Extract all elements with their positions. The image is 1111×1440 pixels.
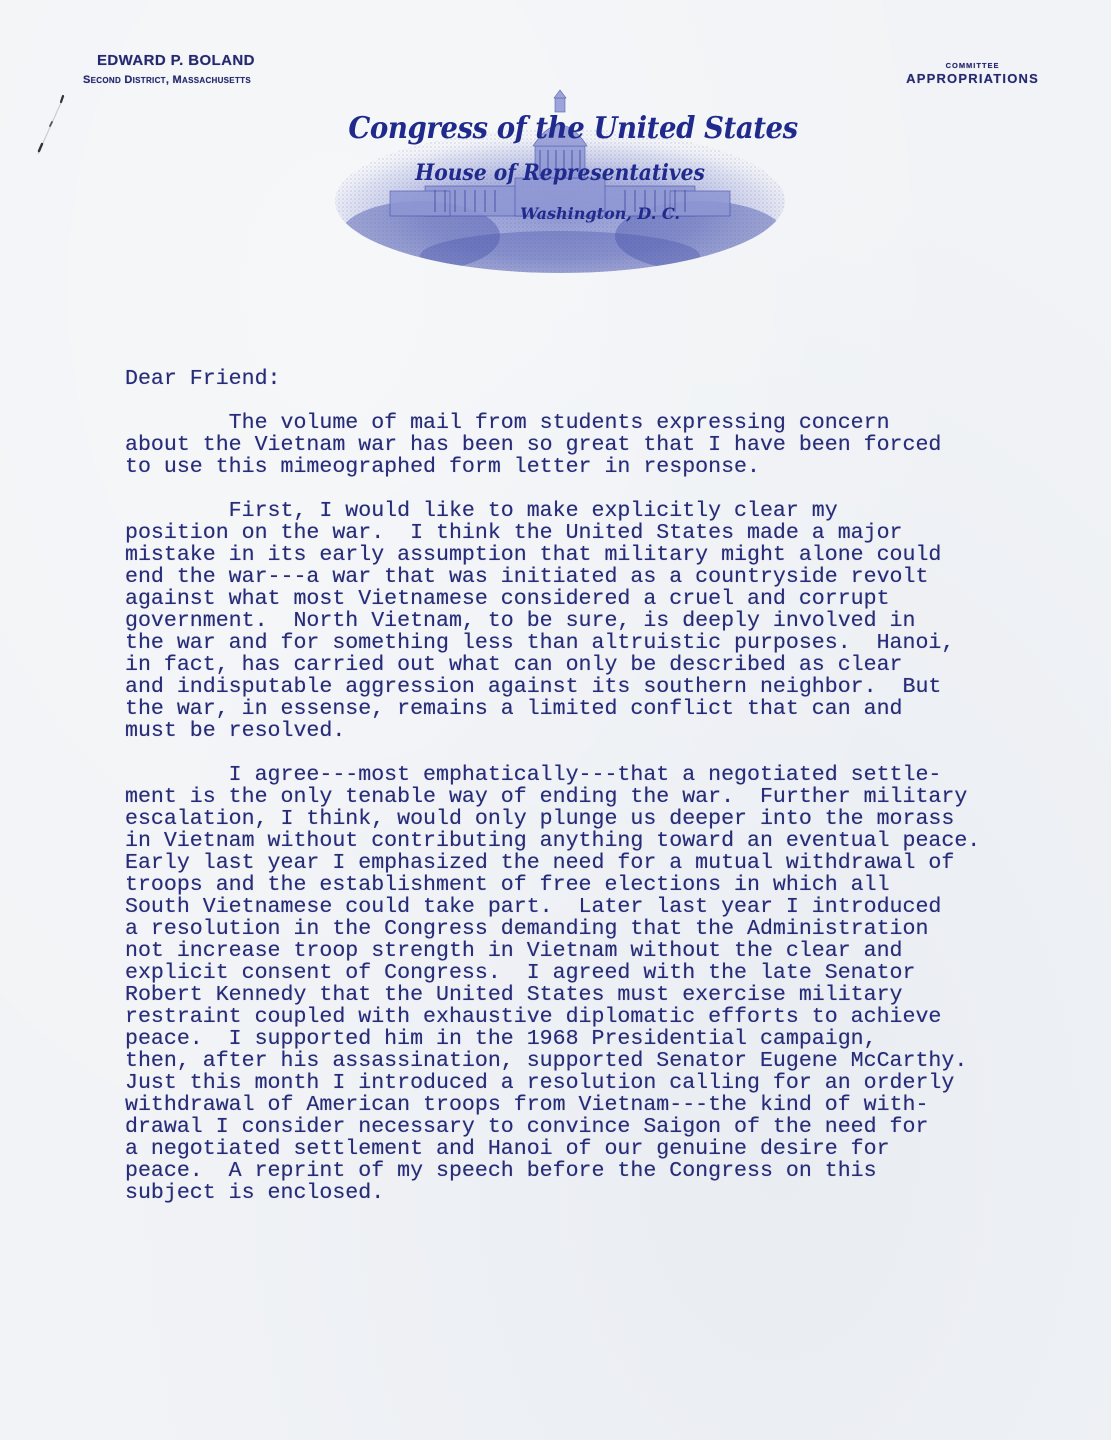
text-line: I agree---most emphatically---that a neg… <box>125 764 1005 786</box>
text-line: then, after his assassination, supported… <box>125 1050 1005 1072</box>
pen-mark <box>30 92 70 162</box>
text-line: Just this month I introduced a resolutio… <box>125 1072 1005 1094</box>
text-line: not increase troop strength in Vietnam w… <box>125 940 1005 962</box>
text-line: the war and for something less than altr… <box>125 632 1005 654</box>
committee-name: APPROPRIATIONS <box>906 71 1039 87</box>
text-line: the war, in essense, remains a limited c… <box>125 698 1005 720</box>
letter-paragraph: First, I would like to make explicitly c… <box>125 500 1005 742</box>
salutation: Dear Friend: <box>125 368 1005 390</box>
text-line: subject is enclosed. <box>125 1182 1005 1204</box>
text-line: in Vietnam without contributing anything… <box>125 830 1005 852</box>
text-line: a negotiated settlement and Hanoi of our… <box>125 1138 1005 1160</box>
text-line: position on the war. I think the United … <box>125 522 1005 544</box>
text-line: Early last year I emphasized the need fo… <box>125 852 1005 874</box>
text-line: First, I would like to make explicitly c… <box>125 500 1005 522</box>
sender-block: EDWARD P. BOLAND Second District, Massac… <box>83 52 255 88</box>
text-line: troops and the establishment of free ele… <box>125 874 1005 896</box>
sender-name: EDWARD P. BOLAND <box>97 52 255 70</box>
text-line: The volume of mail from students express… <box>125 412 1005 434</box>
capitol-seal: Congress of the United States House of R… <box>330 86 790 276</box>
text-line: about the Vietnam war has been so great … <box>125 434 1005 456</box>
text-line: explicit consent of Congress. I agreed w… <box>125 962 1005 984</box>
committee-block: COMMITTEE APPROPRIATIONS <box>906 61 1039 87</box>
text-line: must be resolved. <box>125 720 1005 742</box>
text-line: and indisputable aggression against its … <box>125 676 1005 698</box>
text-line: government. North Vietnam, to be sure, i… <box>125 610 1005 632</box>
text-line: mistake in its early assumption that mil… <box>125 544 1005 566</box>
text-line: drawal I consider necessary to convince … <box>125 1116 1005 1138</box>
text-line: withdrawal of American troops from Vietn… <box>125 1094 1005 1116</box>
text-line: peace. I supported him in the 1968 Presi… <box>125 1028 1005 1050</box>
text-line: restraint coupled with exhaustive diplom… <box>125 1006 1005 1028</box>
letter-paragraph: The volume of mail from students express… <box>125 412 1005 478</box>
text-line: in fact, has carried out what can only b… <box>125 654 1005 676</box>
seal-title: Congress of the United States <box>348 111 771 146</box>
letter-body: Dear Friend: The volume of mail from stu… <box>125 368 1005 1226</box>
sender-district: Second District, Massachusetts <box>83 72 255 88</box>
text-line: end the war---a war that was initiated a… <box>125 566 1005 588</box>
text-line: to use this mimeographed form letter in … <box>125 456 1005 478</box>
letter-paragraph: I agree---most emphatically---that a neg… <box>125 764 1005 1204</box>
seal-location: Washington, D. C. <box>370 204 830 223</box>
text-line: peace. A reprint of my speech before the… <box>125 1160 1005 1182</box>
text-line: against what most Vietnamese considered … <box>125 588 1005 610</box>
text-line: ment is the only tenable way of ending t… <box>125 786 1005 808</box>
text-line: South Vietnamese could take part. Later … <box>125 896 1005 918</box>
committee-label: COMMITTEE <box>906 61 1039 71</box>
seal-subtitle: House of Representatives <box>348 160 771 186</box>
text-line: escalation, I think, would only plunge u… <box>125 808 1005 830</box>
letter-paragraphs: The volume of mail from students express… <box>125 412 1005 1204</box>
text-line: a resolution in the Congress demanding t… <box>125 918 1005 940</box>
text-line: Robert Kennedy that the United States mu… <box>125 984 1005 1006</box>
